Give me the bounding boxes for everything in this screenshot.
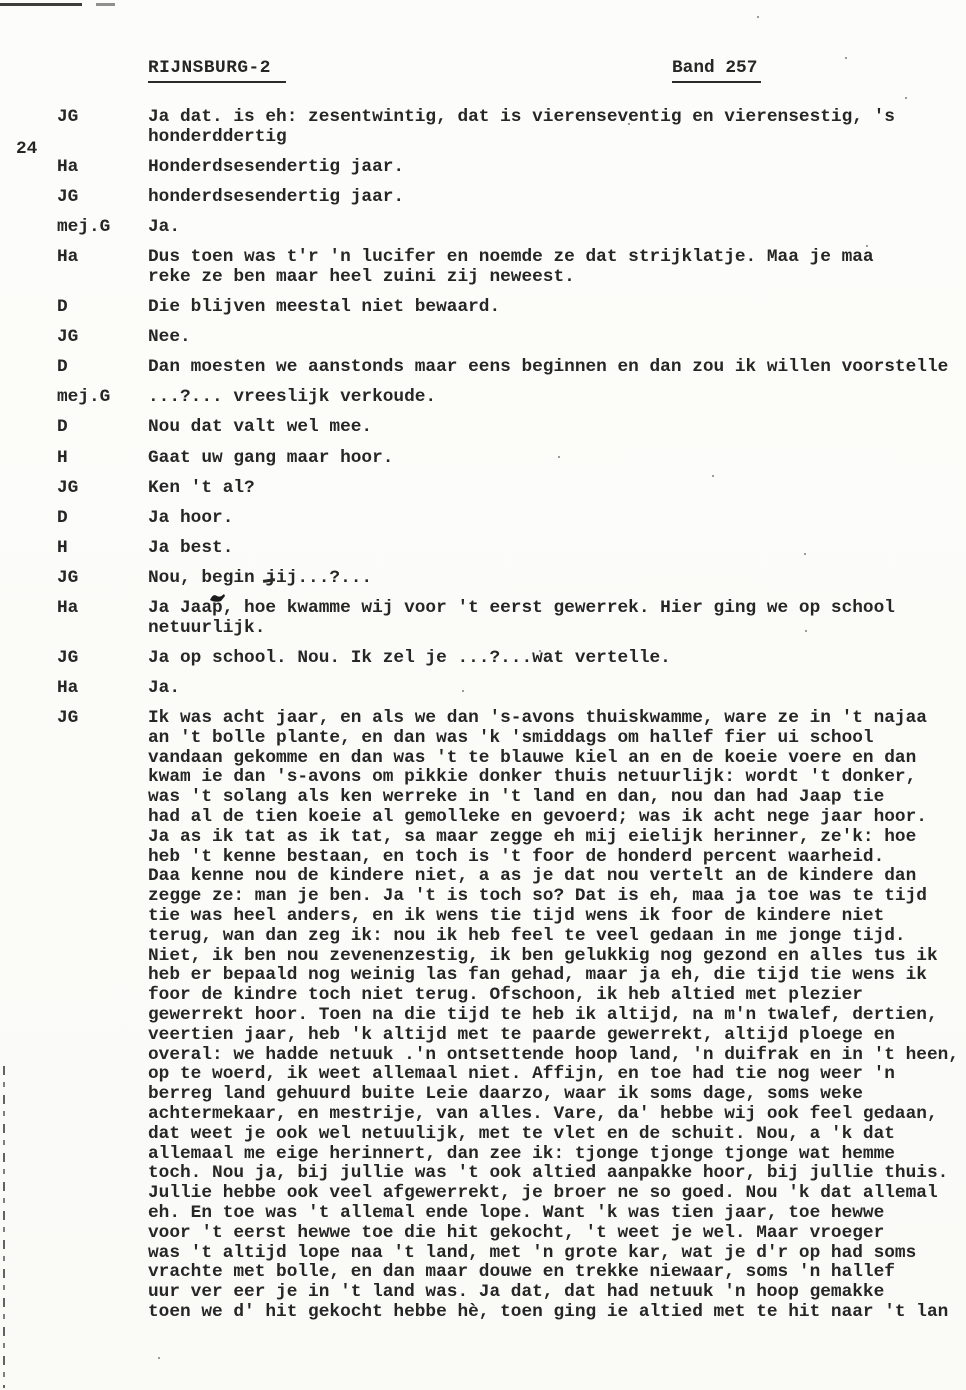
dialogue-turn: mej.G...?... vreeslijk verkoude. — [148, 388, 966, 408]
dialogue-text: Nou dat valt wel mee. — [148, 417, 372, 437]
dialogue-text: Ja dat. is eh: zesentwintig, dat is vier… — [148, 107, 895, 147]
dialogue: JGJa dat. is eh: zesentwintig, dat is vi… — [0, 108, 966, 1333]
scan-speck — [158, 1357, 160, 1359]
dialogue-text: Nee. — [148, 327, 191, 347]
scan-speck — [845, 57, 847, 59]
dialogue-turn: DJa hoor. — [148, 509, 966, 529]
scan-artifact-top-line — [0, 3, 82, 6]
scan-speck — [905, 97, 907, 99]
dialogue-turn: DDan moesten we aanstonds maar eens begi… — [148, 358, 966, 378]
dialogue-text: Ja. — [148, 217, 180, 237]
dialogue-text: Ja. — [148, 678, 180, 698]
dialogue-turn: HaJa. — [148, 679, 966, 699]
speaker-label: D — [57, 298, 68, 318]
document-title: RIJNSBURG-2 — [148, 58, 286, 83]
dialogue-turn: HGaat uw gang maar hoor. — [148, 449, 966, 469]
speaker-label: H — [57, 539, 68, 559]
speaker-label: JG — [57, 709, 78, 729]
scan-artifact-top-dash — [96, 3, 115, 6]
dialogue-turn: DDie blijven meestal niet bewaard. — [148, 298, 966, 318]
handwritten-correction-mark — [209, 590, 227, 608]
speaker-label: mej.G — [57, 388, 110, 408]
dialogue-turn: JGhonderdsesendertig jaar. — [148, 188, 966, 208]
dialogue-turn: JGJa op school. Nou. Ik zel je ...?...wa… — [148, 649, 966, 669]
speaker-label: JG — [57, 569, 78, 589]
speaker-label: JG — [57, 479, 78, 499]
dialogue-turn: HaJa Jaap, hoe kwamme wij voor 't eerst … — [148, 599, 966, 639]
dialogue-text: Ja Jaap, hoe kwamme wij voor 't eerst ge… — [148, 598, 895, 638]
speaker-label: D — [57, 509, 68, 529]
dialogue-text: Nou, begin jij...?... — [148, 568, 372, 588]
dialogue-text: Honderdsesendertig jaar. — [148, 157, 404, 177]
scan-speck — [757, 16, 759, 18]
speaker-label: Ha — [57, 158, 78, 178]
dialogue-text: Ja op school. Nou. Ik zel je ...?...wat … — [148, 648, 671, 668]
speaker-label: H — [57, 449, 68, 469]
speaker-label: Ha — [57, 679, 78, 699]
dialogue-text: honderdsesendertig jaar. — [148, 187, 404, 207]
dialogue-text: Gaat uw gang maar hoor. — [148, 448, 393, 468]
speaker-label: D — [57, 358, 68, 378]
dialogue-turn: JGKen 't al? — [148, 479, 966, 499]
document-page: RIJNSBURG-2 Band 257 24 JGJa dat. is eh:… — [0, 0, 966, 1390]
speaker-label: D — [57, 418, 68, 438]
speaker-label: JG — [57, 188, 78, 208]
dialogue-turn: HaDus toen was t'r 'n lucifer en noemde … — [148, 248, 966, 288]
dialogue-turn: HaHonderdsesendertig jaar. — [148, 158, 966, 178]
dialogue-text: ...?... vreeslijk verkoude. — [148, 387, 436, 407]
dialogue-text: Ken 't al? — [148, 478, 255, 498]
dialogue-turn: JGNee. — [148, 328, 966, 348]
band-number-label: Band 257 — [672, 58, 761, 83]
dialogue-turn: mej.GJa. — [148, 218, 966, 238]
speaker-label: Ha — [57, 599, 78, 619]
speaker-label: mej.G — [57, 218, 110, 238]
speaker-label: JG — [57, 108, 78, 128]
dialogue-text: Ja best. — [148, 538, 233, 558]
dialogue-turn: JGJa dat. is eh: zesentwintig, dat is vi… — [148, 108, 966, 148]
speaker-label: JG — [57, 328, 78, 348]
dialogue-text: Die blijven meestal niet bewaard. — [148, 297, 500, 317]
dialogue-turn: DNou dat valt wel mee. — [148, 418, 966, 438]
dialogue-text: Dus toen was t'r 'n lucifer en noemde ze… — [148, 247, 874, 287]
dialogue-text: Ik was acht jaar, en als we dan 's-avons… — [148, 708, 959, 1322]
dialogue-turn: JGIk was acht jaar, en als we dan 's-avo… — [148, 709, 966, 1323]
speaker-label: JG — [57, 649, 78, 669]
dialogue-turn: HJa best. — [148, 539, 966, 559]
speaker-label: Ha — [57, 248, 78, 268]
dialogue-text: Dan moesten we aanstonds maar eens begin… — [148, 357, 948, 377]
dialogue-text: Ja hoor. — [148, 508, 233, 528]
